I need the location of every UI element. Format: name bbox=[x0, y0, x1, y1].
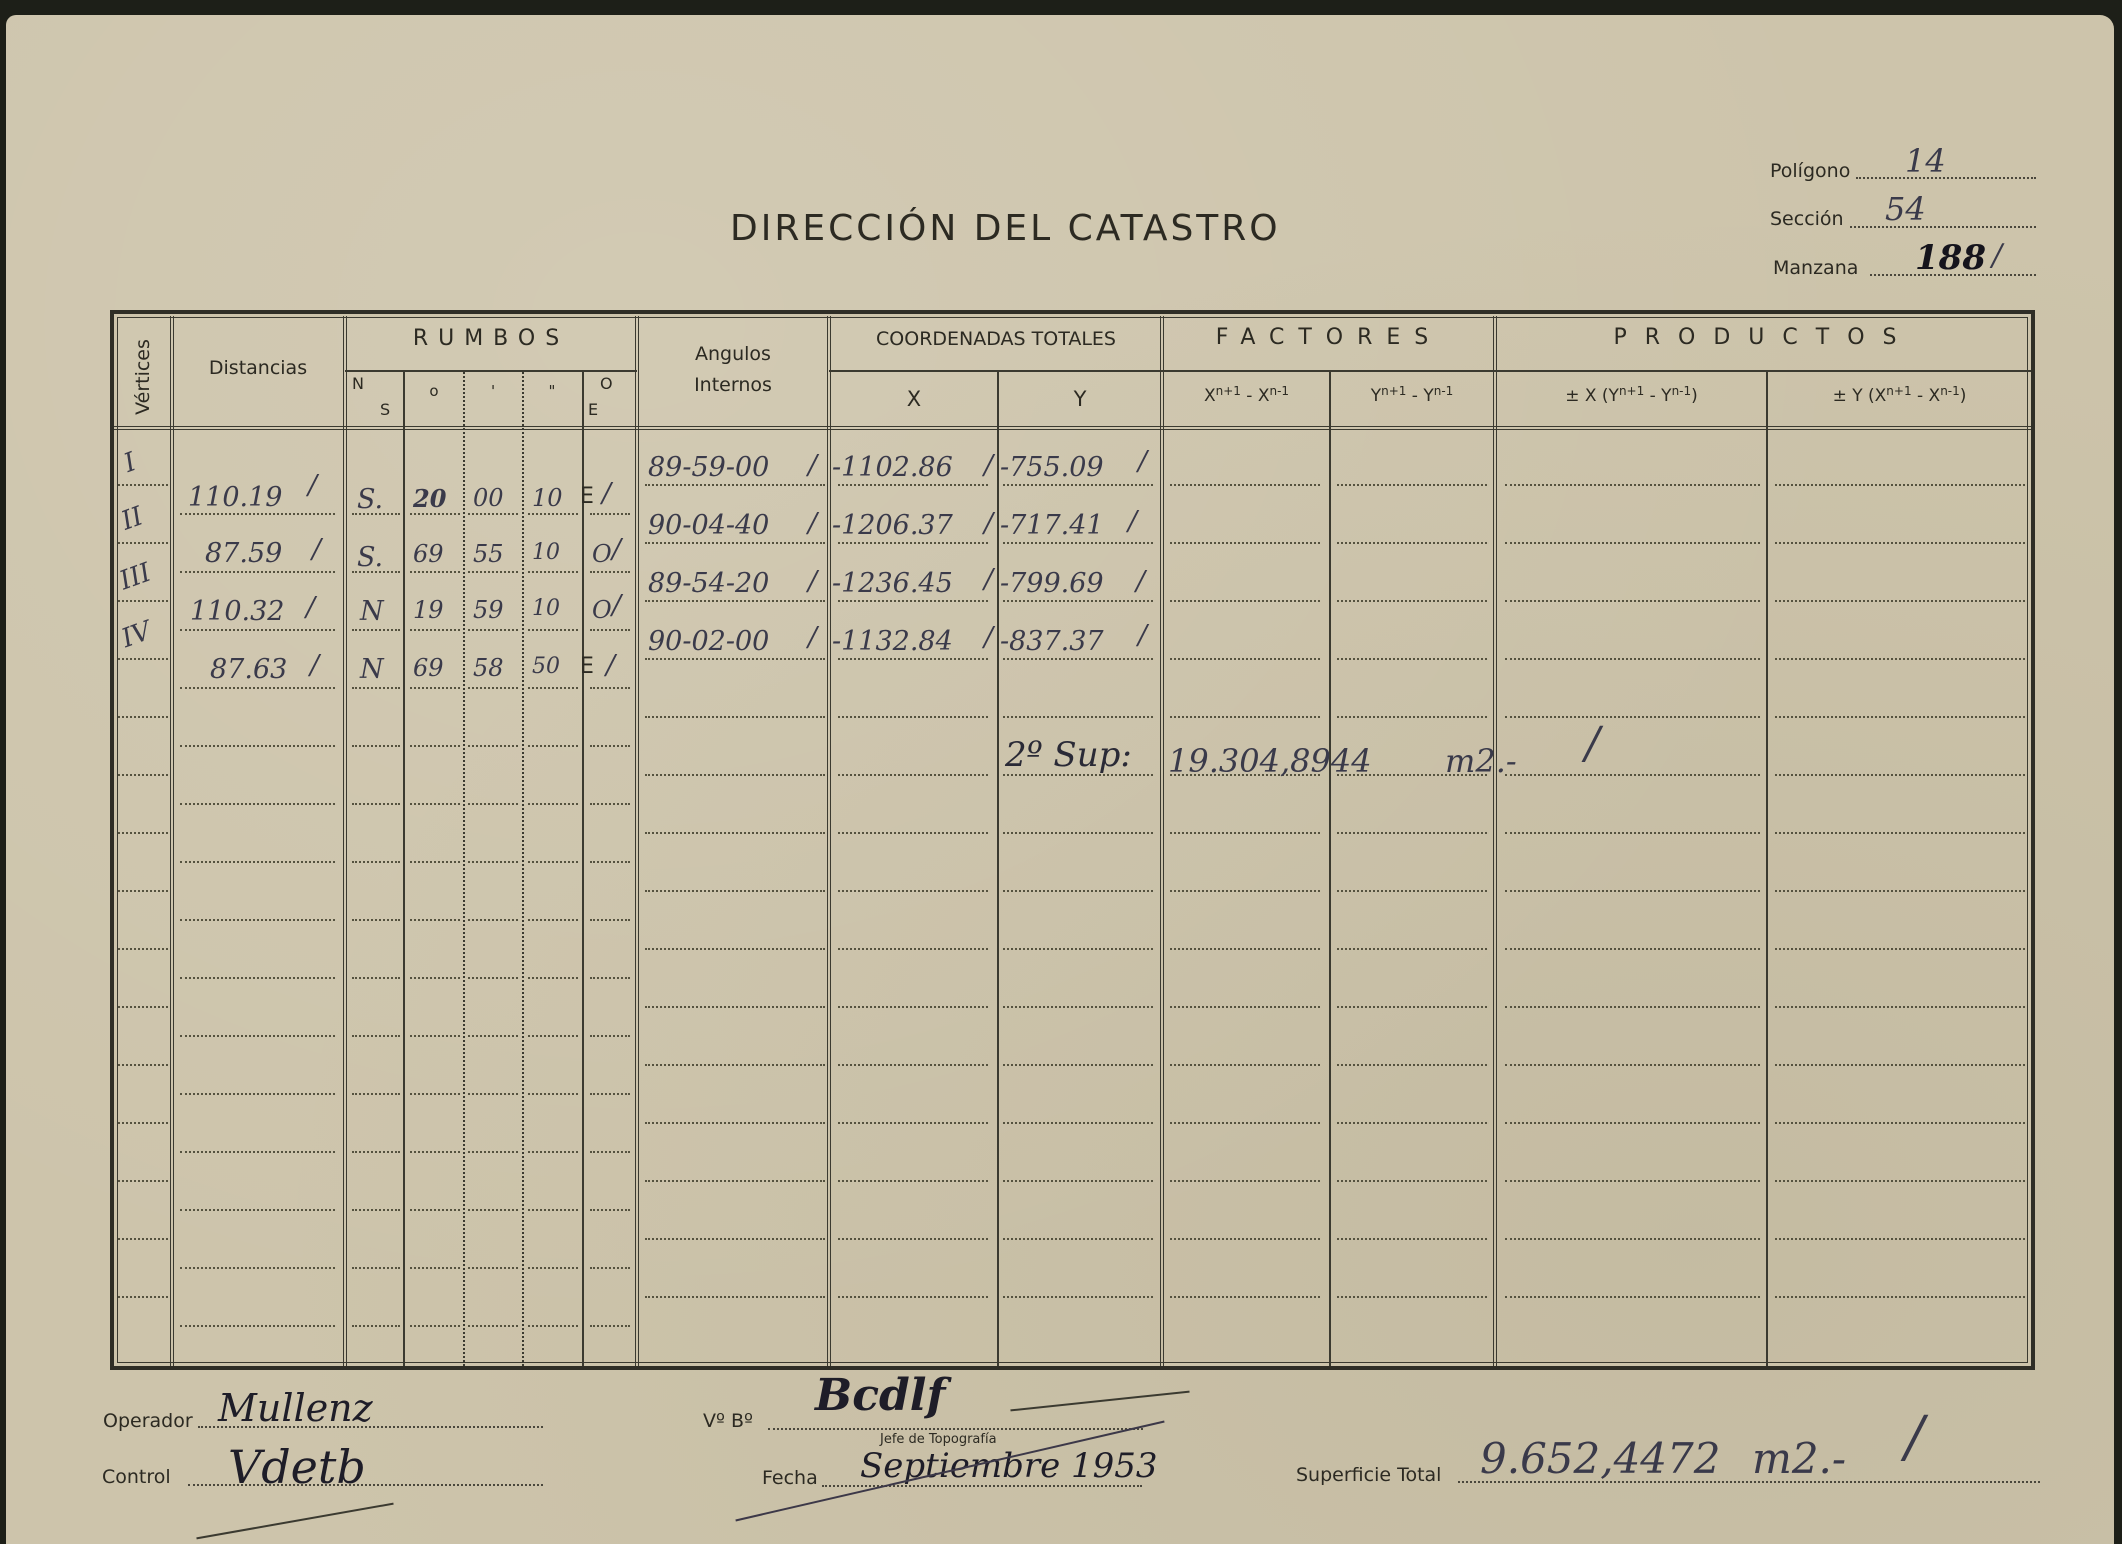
row-guide-line bbox=[590, 919, 630, 921]
rumbo-sec[interactable]: 10 bbox=[532, 484, 563, 512]
row-guide-line bbox=[1003, 890, 1153, 892]
coord-x-value[interactable]: -1206.37 bbox=[832, 510, 953, 541]
row-guide-line bbox=[590, 629, 630, 631]
row-guide-line bbox=[352, 977, 400, 979]
distancia-value[interactable]: 87.59 bbox=[205, 538, 282, 569]
row-guide-line bbox=[118, 600, 168, 602]
check-mark: / bbox=[306, 592, 315, 623]
superficie-unit: m2.- bbox=[1752, 1434, 1846, 1483]
row-guide-line bbox=[352, 803, 400, 805]
row-guide-line bbox=[468, 977, 518, 979]
seccion-line bbox=[1850, 226, 2036, 228]
row-guide-line bbox=[1775, 1122, 2025, 1124]
row-guide-line bbox=[1170, 1296, 1320, 1298]
rumbo-ns[interactable]: S. bbox=[357, 484, 383, 515]
row-guide-line bbox=[590, 1209, 630, 1211]
angulo-value[interactable]: 90-02-00 bbox=[648, 626, 769, 657]
row-guide-line bbox=[1505, 542, 1760, 544]
header-coordenadas: COORDENADAS TOTALES bbox=[831, 328, 1161, 350]
coord-x-value[interactable]: -1102.86 bbox=[832, 452, 953, 483]
row-guide-line bbox=[528, 1093, 578, 1095]
col-divider-angulos bbox=[827, 316, 831, 1366]
row-guide-line bbox=[180, 1035, 335, 1037]
row-guide-line bbox=[1775, 774, 2025, 776]
row-guide-line bbox=[1170, 1180, 1320, 1182]
document-title: DIRECCIÓN DEL CATASTRO bbox=[730, 208, 1281, 249]
row-guide-line bbox=[590, 977, 630, 979]
row-guide-line bbox=[1775, 1064, 2025, 1066]
poligono-value[interactable]: 14 bbox=[1905, 142, 1946, 180]
row-guide-line bbox=[645, 542, 825, 544]
row-guide-line bbox=[1775, 890, 2025, 892]
row-guide-line bbox=[468, 803, 518, 805]
row-guide-line bbox=[528, 571, 578, 573]
row-guide-line bbox=[1775, 1180, 2025, 1182]
row-guide-line bbox=[410, 513, 460, 515]
check-mark: / bbox=[308, 470, 317, 501]
check-mark: / bbox=[1136, 566, 1145, 597]
row-guide-line bbox=[468, 1035, 518, 1037]
row-guide-line bbox=[468, 919, 518, 921]
row-guide-line bbox=[645, 948, 825, 950]
header-internos: Internos bbox=[639, 374, 827, 396]
header-n: N bbox=[352, 374, 364, 393]
check-mark: / bbox=[984, 622, 993, 653]
row-guide-line bbox=[1337, 1064, 1487, 1066]
row-guide-line bbox=[118, 948, 168, 950]
row-guide-line bbox=[118, 1180, 168, 1182]
col-divider-coord-x bbox=[997, 372, 999, 1366]
row-guide-line bbox=[118, 716, 168, 718]
header-producto-x: ± X (Yn+1 - Yn-1) bbox=[1497, 386, 1766, 406]
col-divider-ns bbox=[403, 372, 405, 1366]
row-guide-line bbox=[1337, 484, 1487, 486]
header-factor-y: Yn+1 - Yn-1 bbox=[1331, 386, 1493, 406]
row-guide-line bbox=[352, 1209, 400, 1211]
rumbo-ns[interactable]: S. bbox=[357, 542, 383, 573]
row-guide-line bbox=[352, 1325, 400, 1327]
row-guide-line bbox=[1505, 948, 1760, 950]
row-guide-line bbox=[352, 687, 400, 689]
row-guide-line bbox=[645, 774, 825, 776]
rumbo-deg[interactable]: 20 bbox=[413, 484, 446, 513]
check-mark: / bbox=[612, 590, 621, 621]
row-guide-line bbox=[1775, 484, 2025, 486]
row-guide-line bbox=[118, 890, 168, 892]
header-coord-x: X bbox=[831, 387, 997, 411]
angulo-value[interactable]: 89-54-20 bbox=[648, 568, 769, 599]
row-guide-line bbox=[180, 1093, 335, 1095]
superficie-label: Superficie Total bbox=[1296, 1464, 1441, 1486]
row-guide-line bbox=[528, 1325, 578, 1327]
header-o: O bbox=[600, 374, 613, 393]
row-guide-line bbox=[1003, 1064, 1153, 1066]
row-guide-line bbox=[180, 977, 335, 979]
row-guide-line bbox=[180, 861, 335, 863]
row-guide-line bbox=[352, 629, 400, 631]
row-guide-line bbox=[838, 1296, 988, 1298]
rumbo-min[interactable]: 55 bbox=[473, 540, 504, 568]
row-guide-line bbox=[118, 1238, 168, 1240]
rumbo-oe[interactable]: O bbox=[592, 540, 612, 568]
row-guide-line bbox=[180, 571, 335, 573]
row-guide-line bbox=[180, 745, 335, 747]
col-divider-deg bbox=[463, 372, 465, 1366]
row-guide-line bbox=[468, 687, 518, 689]
col-divider-producto-x bbox=[1766, 372, 1768, 1366]
row-guide-line bbox=[410, 629, 460, 631]
row-guide-line bbox=[838, 658, 988, 660]
row-guide-line bbox=[1505, 1238, 1760, 1240]
row-guide-line bbox=[352, 1267, 400, 1269]
row-guide-line bbox=[410, 803, 460, 805]
rumbo-ns[interactable]: N bbox=[360, 654, 384, 685]
rumbo-min[interactable]: 00 bbox=[473, 484, 504, 512]
row-guide-line bbox=[528, 745, 578, 747]
rumbo-sec[interactable]: 50 bbox=[532, 654, 560, 679]
control-signature[interactable]: Vdetb bbox=[228, 1440, 366, 1494]
row-guide-line bbox=[410, 1325, 460, 1327]
control-label: Control bbox=[102, 1466, 171, 1488]
row-guide-line bbox=[410, 1151, 460, 1153]
row-guide-line bbox=[1003, 1180, 1153, 1182]
coord-y-value[interactable]: -799.69 bbox=[1000, 568, 1104, 599]
row-guide-line bbox=[1775, 600, 2025, 602]
row-guide-line bbox=[528, 803, 578, 805]
row-guide-line bbox=[1003, 1296, 1153, 1298]
row-guide-line bbox=[590, 1093, 630, 1095]
row-guide-line bbox=[410, 745, 460, 747]
row-guide-line bbox=[1170, 658, 1320, 660]
row-guide-line bbox=[1505, 484, 1760, 486]
row-guide-line bbox=[528, 513, 578, 515]
row-guide-line bbox=[590, 1267, 630, 1269]
row-guide-line bbox=[1170, 890, 1320, 892]
row-guide-line bbox=[1775, 716, 2025, 718]
row-guide-line bbox=[590, 687, 630, 689]
superficie-value[interactable]: 9.652,4472 bbox=[1480, 1434, 1720, 1483]
row-guide-line bbox=[590, 1325, 630, 1327]
row-guide-line bbox=[1505, 716, 1760, 718]
vobo-signature[interactable]: Bcdlf bbox=[815, 1370, 945, 1421]
row-guide-line bbox=[528, 1209, 578, 1211]
row-guide-line bbox=[180, 1267, 335, 1269]
row-guide-line bbox=[180, 1209, 335, 1211]
row-guide-line bbox=[1505, 1006, 1760, 1008]
rumbo-sec[interactable]: 10 bbox=[532, 540, 560, 565]
rumbo-deg[interactable]: 19 bbox=[413, 596, 444, 624]
manzana-check: / bbox=[1992, 238, 2002, 273]
row-guide-line bbox=[180, 1325, 335, 1327]
check-mark: / bbox=[602, 478, 611, 509]
row-guide-line bbox=[590, 513, 630, 515]
row-guide-line bbox=[1003, 1238, 1153, 1240]
row-guide-line bbox=[1003, 600, 1153, 602]
distancia-value[interactable]: 110.32 bbox=[190, 596, 284, 627]
rumbos-divider bbox=[345, 370, 637, 372]
vobo-line bbox=[768, 1428, 1143, 1430]
row-guide-line bbox=[1003, 832, 1153, 834]
rumbo-oe[interactable]: O bbox=[592, 596, 612, 624]
row-guide-line bbox=[180, 629, 335, 631]
row-guide-line bbox=[645, 1238, 825, 1240]
row-guide-line bbox=[590, 861, 630, 863]
rumbo-sec[interactable]: 10 bbox=[532, 596, 560, 621]
row-guide-line bbox=[838, 832, 988, 834]
coord-x-value[interactable]: -1132.84 bbox=[832, 626, 953, 657]
row-guide-line bbox=[645, 1122, 825, 1124]
row-guide-line bbox=[180, 803, 335, 805]
coord-y-value[interactable]: -717.41 bbox=[1000, 510, 1104, 541]
row-guide-line bbox=[528, 977, 578, 979]
rumbo-deg[interactable]: 69 bbox=[413, 654, 444, 682]
row-guide-line bbox=[838, 948, 988, 950]
row-guide-line bbox=[838, 600, 988, 602]
row-guide-line bbox=[1337, 890, 1487, 892]
header-seconds: " bbox=[523, 382, 581, 400]
check-mark: / bbox=[1905, 1405, 1924, 1470]
row-guide-line bbox=[645, 832, 825, 834]
header-s: S bbox=[380, 400, 390, 419]
col-divider-min bbox=[522, 372, 524, 1366]
row-guide-line bbox=[590, 745, 630, 747]
row-guide-line bbox=[645, 658, 825, 660]
col-divider-coordenadas bbox=[1160, 316, 1164, 1366]
check-mark: / bbox=[606, 650, 615, 681]
row-guide-line bbox=[645, 890, 825, 892]
row-guide-line bbox=[468, 1267, 518, 1269]
vobo-label: Vº Bº bbox=[703, 1410, 753, 1432]
row-guide-line bbox=[645, 1296, 825, 1298]
row-guide-line bbox=[645, 600, 825, 602]
row-guide-line bbox=[1775, 1006, 2025, 1008]
row-guide-line bbox=[118, 1122, 168, 1124]
row-guide-line bbox=[468, 861, 518, 863]
row-guide-line bbox=[1775, 832, 2025, 834]
header-distancias: Distancias bbox=[174, 357, 342, 379]
check-mark: / bbox=[1138, 446, 1147, 477]
manzana-value[interactable]: 188 bbox=[1915, 238, 1986, 278]
rumbo-deg[interactable]: 69 bbox=[413, 540, 444, 568]
row-guide-line bbox=[1170, 948, 1320, 950]
rumbo-ns[interactable]: N bbox=[360, 596, 384, 627]
header-angulos: Angulos bbox=[639, 343, 827, 365]
row-guide-line bbox=[838, 1064, 988, 1066]
header-minutes: ' bbox=[464, 382, 522, 400]
check-mark: / bbox=[808, 566, 817, 597]
coord-x-value[interactable]: -1236.45 bbox=[832, 568, 953, 599]
row-guide-line bbox=[1170, 1064, 1320, 1066]
row-guide-line bbox=[1003, 658, 1153, 660]
row-guide-line bbox=[1775, 948, 2025, 950]
row-guide-line bbox=[118, 832, 168, 834]
annotation-value[interactable]: 19.304,8944 bbox=[1168, 742, 1372, 780]
row-guide-line bbox=[118, 542, 168, 544]
row-guide-line bbox=[528, 919, 578, 921]
annotation-prefix: 2º Sup: bbox=[1005, 735, 1132, 775]
header-coord-y: Y bbox=[999, 387, 1161, 411]
row-guide-line bbox=[468, 1209, 518, 1211]
row-guide-line bbox=[180, 513, 335, 515]
rumbo-min[interactable]: 58 bbox=[473, 654, 504, 682]
row-guide-line bbox=[352, 861, 400, 863]
row-guide-line bbox=[1337, 1296, 1487, 1298]
row-guide-line bbox=[1003, 542, 1153, 544]
row-guide-line bbox=[1170, 600, 1320, 602]
row-guide-line bbox=[838, 542, 988, 544]
header-e: E bbox=[588, 400, 598, 419]
row-guide-line bbox=[410, 1267, 460, 1269]
row-guide-line bbox=[1775, 542, 2025, 544]
row-guide-line bbox=[1505, 1296, 1760, 1298]
row-guide-line bbox=[1170, 1006, 1320, 1008]
row-guide-line bbox=[1505, 1122, 1760, 1124]
row-guide-line bbox=[1170, 542, 1320, 544]
col-divider-distancias bbox=[343, 316, 347, 1366]
header-degrees: o bbox=[405, 382, 463, 400]
row-guide-line bbox=[1003, 1006, 1153, 1008]
row-guide-line bbox=[528, 861, 578, 863]
row-guide-line bbox=[645, 1064, 825, 1066]
row-guide-line bbox=[528, 629, 578, 631]
angulo-value[interactable]: 89-59-00 bbox=[648, 452, 769, 483]
check-mark: / bbox=[984, 564, 993, 595]
row-guide-line bbox=[118, 484, 168, 486]
row-guide-line bbox=[468, 1151, 518, 1153]
row-guide-line bbox=[838, 1006, 988, 1008]
row-guide-line bbox=[1003, 1122, 1153, 1124]
check-mark: / bbox=[612, 534, 621, 565]
row-guide-line bbox=[1170, 484, 1320, 486]
row-guide-line bbox=[645, 716, 825, 718]
check-mark: / bbox=[1138, 620, 1147, 651]
row-guide-line bbox=[645, 1006, 825, 1008]
row-guide-line bbox=[838, 1122, 988, 1124]
row-guide-line bbox=[1170, 716, 1320, 718]
poligono-label: Polígono bbox=[1770, 160, 1850, 182]
row-guide-line bbox=[528, 687, 578, 689]
row-guide-line bbox=[1170, 1122, 1320, 1124]
row-guide-line bbox=[590, 1151, 630, 1153]
row-guide-line bbox=[590, 803, 630, 805]
row-guide-line bbox=[838, 1238, 988, 1240]
operador-label: Operador bbox=[103, 1410, 193, 1432]
seccion-label: Sección bbox=[1770, 208, 1844, 230]
header-producto-y: ± Y (Xn+1 - Xn-1) bbox=[1768, 386, 2031, 406]
row-guide-line bbox=[590, 571, 630, 573]
row-guide-line bbox=[1505, 658, 1760, 660]
row-guide-line bbox=[838, 484, 988, 486]
check-mark: / bbox=[984, 508, 993, 539]
check-mark: / bbox=[984, 450, 993, 481]
row-guide-line bbox=[590, 1035, 630, 1037]
row-guide-line bbox=[118, 1064, 168, 1066]
header-vertices: Vértices bbox=[118, 330, 168, 424]
row-guide-line bbox=[468, 745, 518, 747]
row-guide-line bbox=[410, 1035, 460, 1037]
row-guide-line bbox=[1337, 1122, 1487, 1124]
row-guide-line bbox=[1337, 600, 1487, 602]
row-guide-line bbox=[1505, 890, 1760, 892]
row-guide-line bbox=[468, 629, 518, 631]
row-guide-line bbox=[410, 571, 460, 573]
rumbo-oe[interactable]: E bbox=[580, 654, 594, 679]
check-mark: / bbox=[312, 534, 321, 565]
row-guide-line bbox=[1337, 948, 1487, 950]
check-mark: / bbox=[808, 622, 817, 653]
row-guide-line bbox=[1505, 1064, 1760, 1066]
row-guide-line bbox=[838, 716, 988, 718]
row-guide-line bbox=[1505, 1180, 1760, 1182]
row-guide-line bbox=[352, 1035, 400, 1037]
row-guide-line bbox=[1505, 600, 1760, 602]
row-guide-line bbox=[410, 861, 460, 863]
header-rumbos: RUMBOS bbox=[347, 326, 635, 351]
row-guide-line bbox=[410, 977, 460, 979]
row-guide-line bbox=[1775, 1296, 2025, 1298]
row-guide-line bbox=[1003, 484, 1153, 486]
seccion-value[interactable]: 54 bbox=[1885, 190, 1926, 228]
row-guide-line bbox=[1003, 948, 1153, 950]
row-guide-line bbox=[352, 745, 400, 747]
row-guide-line bbox=[468, 571, 518, 573]
col-divider-factor-x bbox=[1329, 372, 1331, 1366]
row-guide-line bbox=[1337, 1180, 1487, 1182]
row-guide-line bbox=[180, 919, 335, 921]
row-guide-line bbox=[645, 1180, 825, 1182]
annotation-unit: m2.- bbox=[1445, 742, 1517, 780]
row-guide-line bbox=[180, 1151, 335, 1153]
row-guide-line bbox=[410, 687, 460, 689]
rumbo-oe[interactable]: E bbox=[580, 484, 594, 509]
row-guide-line bbox=[1775, 658, 2025, 660]
row-guide-line bbox=[1170, 832, 1320, 834]
group-header-divider bbox=[829, 370, 2031, 372]
header-factores: FACTORES bbox=[1164, 325, 1494, 350]
row-guide-line bbox=[410, 1209, 460, 1211]
row-guide-line bbox=[180, 687, 335, 689]
row-guide-line bbox=[528, 1151, 578, 1153]
operador-signature[interactable]: Mullenz bbox=[218, 1386, 373, 1430]
angulo-value[interactable]: 90-04-40 bbox=[648, 510, 769, 541]
col-divider-factores bbox=[1493, 316, 1497, 1366]
row-guide-line bbox=[1337, 716, 1487, 718]
header-factor-x: Xn+1 - Xn-1 bbox=[1164, 386, 1329, 406]
col-divider-sec bbox=[582, 372, 584, 1366]
row-guide-line bbox=[410, 919, 460, 921]
row-guide-line bbox=[1337, 542, 1487, 544]
rumbo-min[interactable]: 59 bbox=[473, 596, 504, 624]
row-guide-line bbox=[352, 1093, 400, 1095]
check-mark: / bbox=[1585, 718, 1600, 769]
vobo-sublabel: Jefe de Topografía bbox=[880, 1432, 997, 1447]
check-mark: / bbox=[808, 508, 817, 539]
coord-y-value[interactable]: -755.09 bbox=[1000, 452, 1104, 483]
distancia-value[interactable]: 110.19 bbox=[188, 482, 282, 513]
row-guide-line bbox=[1505, 832, 1760, 834]
distancia-value[interactable]: 87.63 bbox=[210, 654, 287, 685]
row-guide-line bbox=[118, 1296, 168, 1298]
col-divider-rumbos bbox=[635, 316, 639, 1366]
row-guide-line bbox=[1003, 716, 1153, 718]
check-mark: / bbox=[1128, 506, 1137, 537]
row-guide-line bbox=[1775, 1238, 2025, 1240]
coord-y-value[interactable]: -837.37 bbox=[1000, 626, 1104, 657]
header-productos: PRODUCTOS bbox=[1497, 325, 2031, 350]
row-guide-line bbox=[1505, 774, 1760, 776]
row-guide-line bbox=[410, 1093, 460, 1095]
check-mark: / bbox=[310, 650, 319, 681]
